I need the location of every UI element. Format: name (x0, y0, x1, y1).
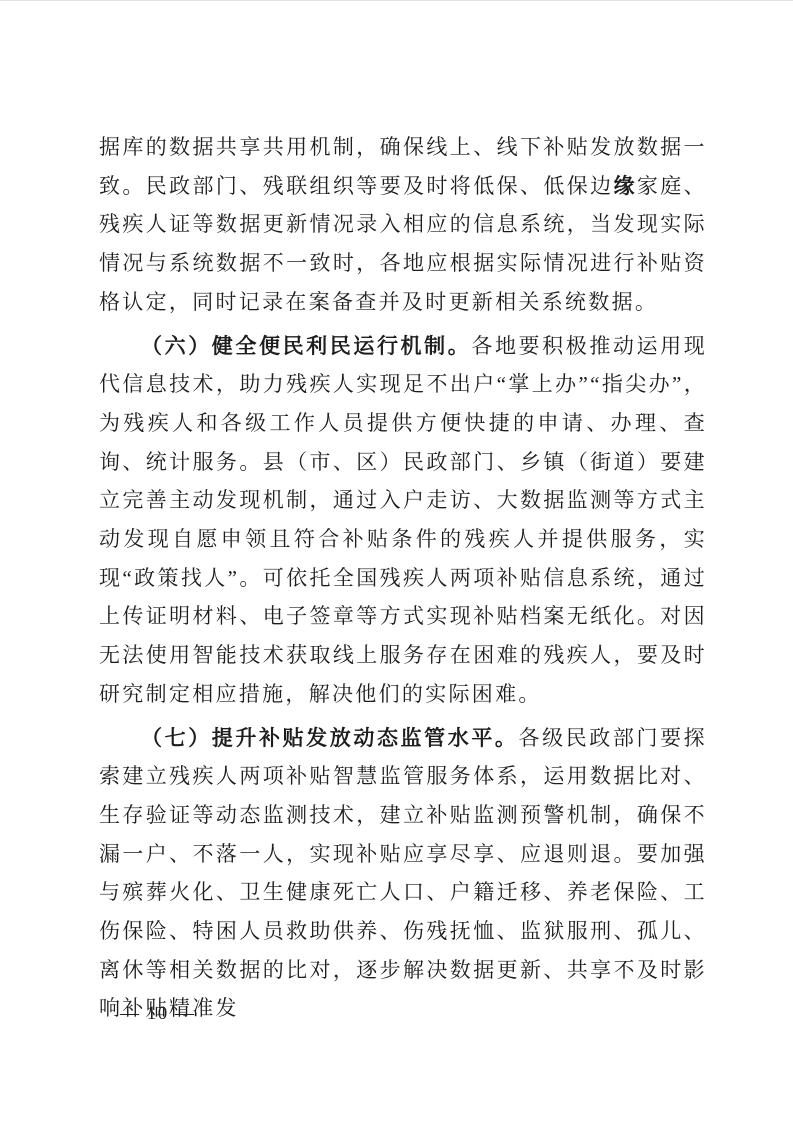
paragraph-text: 各级民政部门要探索建立残疾人两项补贴智慧监管服务体系，运用数据比对、生存验证等动… (99, 726, 707, 1021)
page-number: — 10 — (120, 1003, 196, 1025)
paragraph-section-7: （七）提升补贴发放动态监管水平。各级民政部门要探索建立残疾人两项补贴智慧监管服务… (99, 719, 707, 1029)
section-heading-7: （七）提升补贴发放动态监管水平。 (141, 726, 519, 750)
paragraph-section-6: （六）健全便民利民运行机制。各地要积极推动运用现代信息技术，助力残疾人实现足不出… (99, 327, 707, 714)
paragraph-text: 各地要积极推动运用现代信息技术，助力残疾人实现足不出户“掌上办”“指尖办”，为残… (99, 334, 707, 706)
document-body: 据库的数据共享共用机制，确保线上、线下补贴发放数据一致。民政部门、残联组织等要及… (99, 128, 707, 1028)
section-heading-6: （六）健全便民利民运行机制。 (141, 334, 471, 358)
document-page: 据库的数据共享共用机制，确保线上、线下补贴发放数据一致。民政部门、残联组织等要及… (0, 0, 793, 1122)
emphasized-character: 缘 (614, 174, 637, 198)
paragraph-continuation: 据库的数据共享共用机制，确保线上、线下补贴发放数据一致。民政部门、残联组织等要及… (99, 128, 707, 322)
scan-edge-line (0, 0, 793, 1)
